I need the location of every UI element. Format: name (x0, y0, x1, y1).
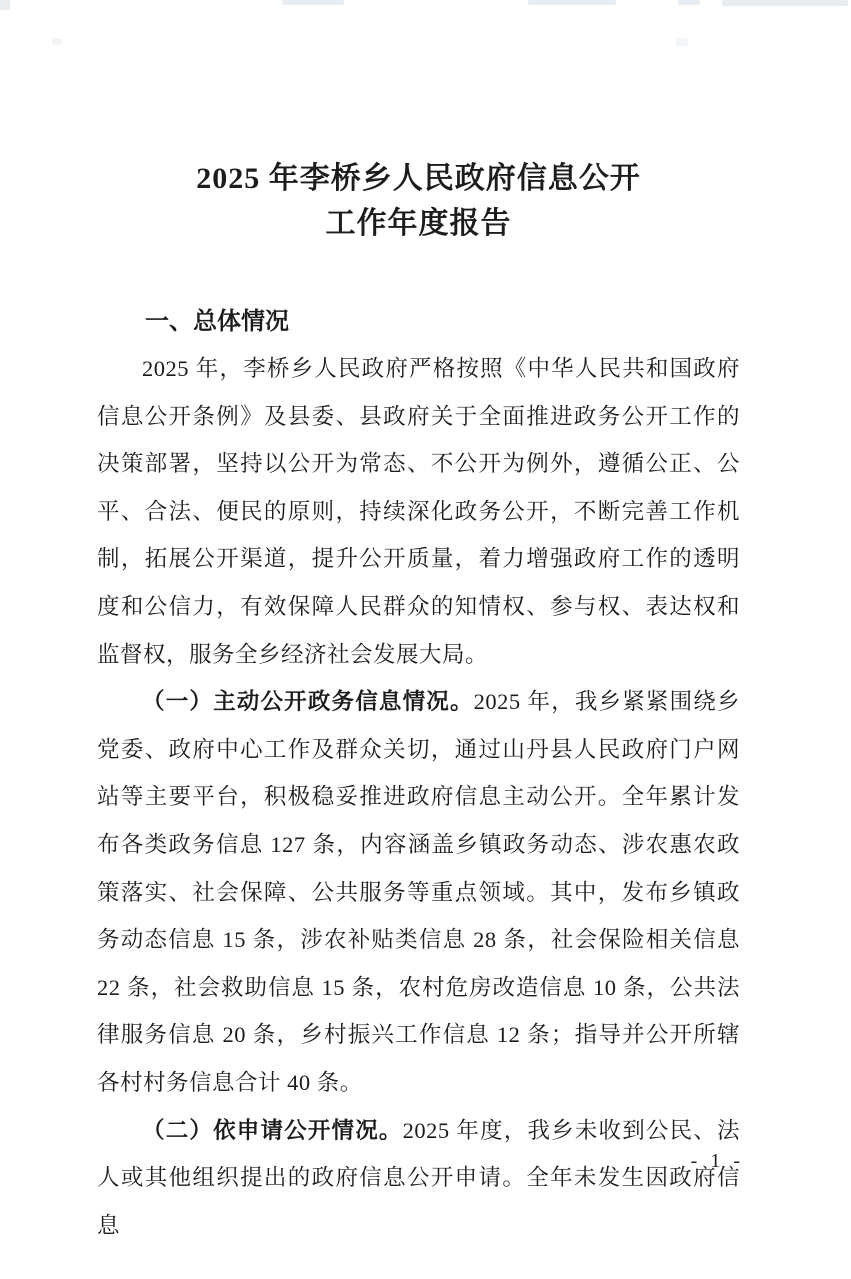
document-title: 2025 年李桥乡人民政府信息公开 工作年度报告 (97, 156, 740, 246)
paragraph-disclosure-upon-request: （二）依申请公开情况。2025 年度，我乡未收到公民、法人或其他组织提出的政府信… (97, 1107, 740, 1250)
document-body: 2025 年，李桥乡人民政府严格按照《中华人民共和国政府信息公开条例》及县委、县… (97, 345, 740, 1249)
document-title-line1: 2025 年李桥乡人民政府信息公开 (97, 156, 740, 201)
paragraph-lead: （二）依申请公开情况。 (142, 1118, 403, 1143)
scan-artifact (52, 38, 62, 45)
document-content: 2025 年李桥乡人民政府信息公开 工作年度报告 一、总体情况 2025 年，李… (97, 0, 740, 1249)
page-number: - 1 - (691, 1150, 744, 1173)
scan-artifact (0, 0, 10, 10)
paragraph-lead: （一）主动公开政务信息情况。 (142, 689, 474, 714)
scan-artifact (722, 0, 848, 6)
paragraph-body-text: 2025 年，我乡紧紧围绕乡党委、政府中心工作及群众关切，通过山丹县人民政府门户… (97, 689, 740, 1095)
document-title-line2: 工作年度报告 (97, 201, 740, 246)
document-page: 2025 年李桥乡人民政府信息公开 工作年度报告 一、总体情况 2025 年，李… (0, 0, 851, 1279)
section-heading-overview: 一、总体情况 (97, 298, 740, 345)
paragraph-proactive-disclosure: （一）主动公开政务信息情况。2025 年，我乡紧紧围绕乡党委、政府中心工作及群众… (97, 678, 740, 1106)
paragraph-overview: 2025 年，李桥乡人民政府严格按照《中华人民共和国政府信息公开条例》及县委、县… (97, 345, 740, 678)
